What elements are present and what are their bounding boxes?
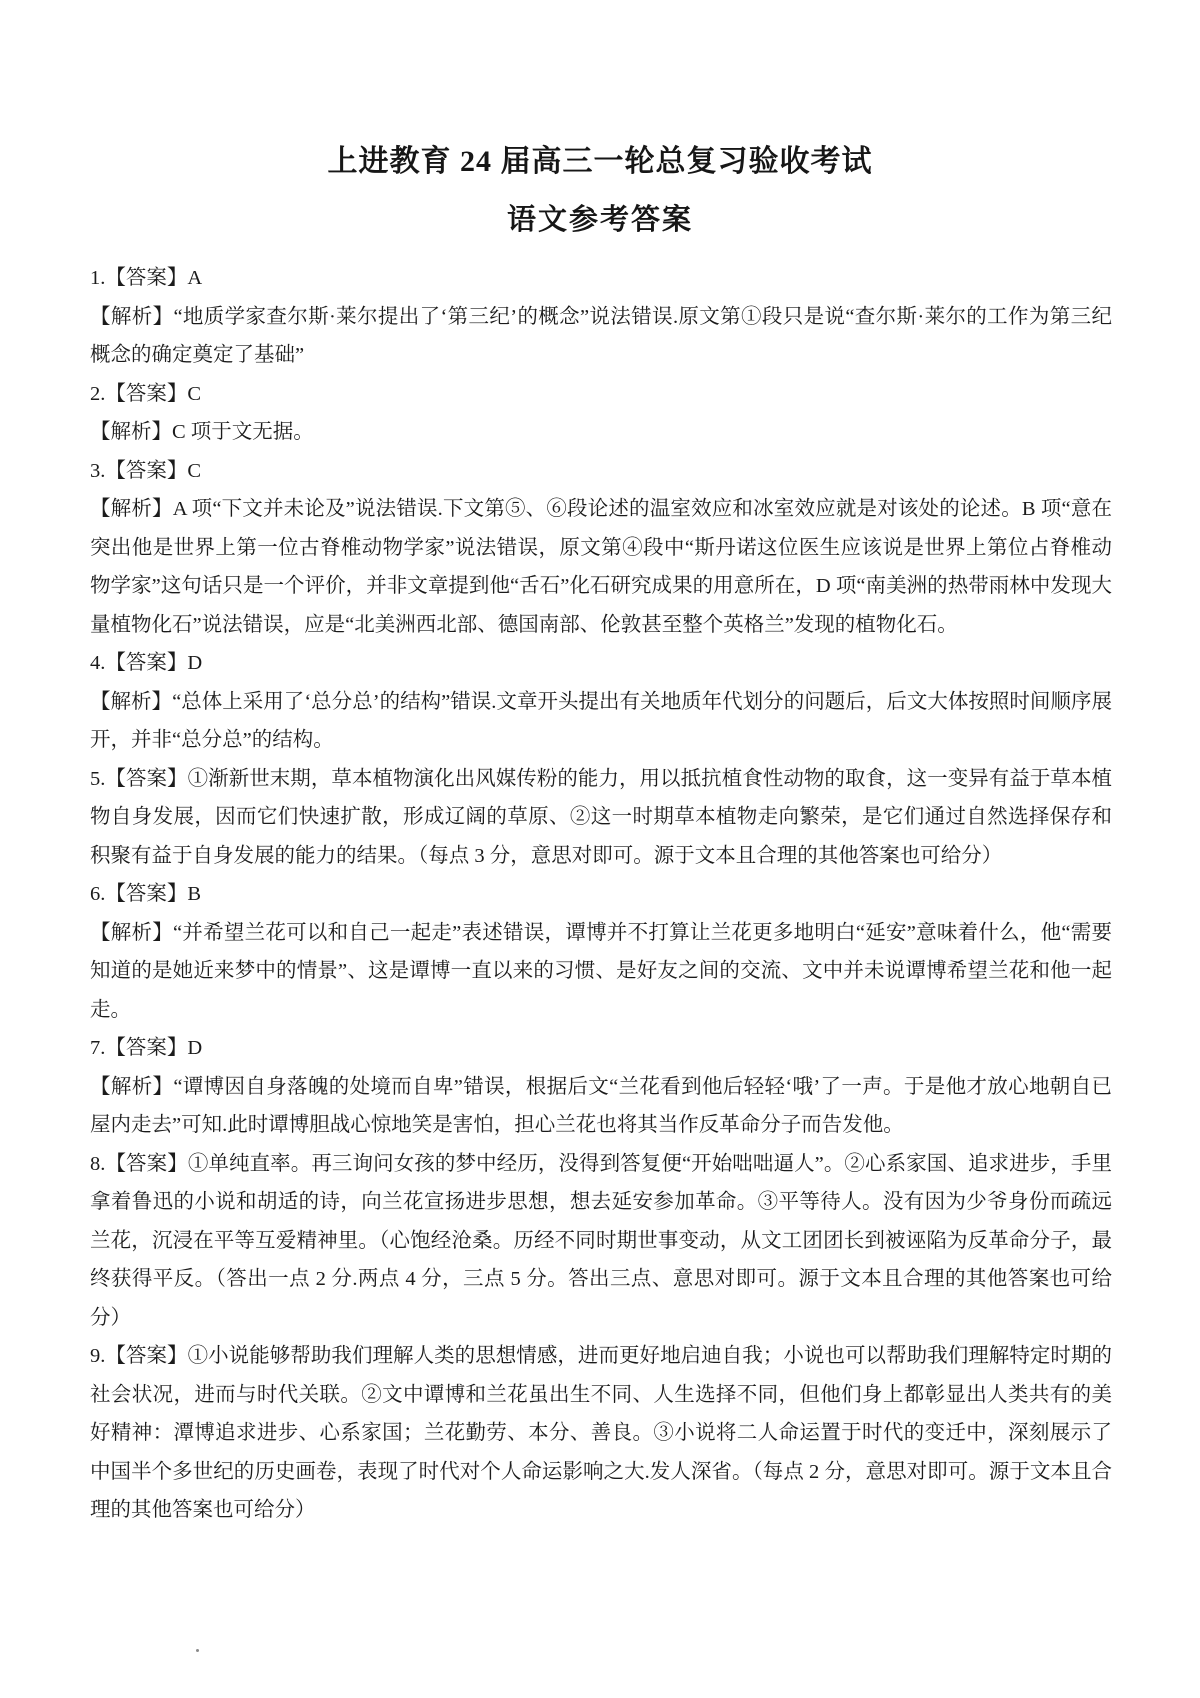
item-1-explanation: 【解析】“地质学家查尔斯·莱尔提出了‘第三纪’的概念”说法错误.原文第①段只是说… [90,298,1112,375]
document-subtitle: 语文参考答案 [0,197,1200,238]
document-title: 上进教育 24 届高三一轮总复习验收考试 [0,0,1200,180]
item-6-answer-line: 6.【答案】B [90,875,1112,914]
item-1-answer-line: 1.【答案】A [90,259,1112,298]
item-7-answer-line: 7.【答案】D [90,1029,1112,1068]
item-2-explanation: 【解析】C 项于文无据。 [90,413,1112,452]
item-6-explanation: 【解析】“并希望兰花可以和自己一起走”表述错误，谭博并不打算让兰花更多地明白“延… [90,914,1112,1030]
scan-speck [196,1649,199,1652]
item-3-answer-line: 3.【答案】C [90,452,1112,491]
document-page: 上进教育 24 届高三一轮总复习验收考试 语文参考答案 1.【答案】A 【解析】… [0,0,1200,1698]
item-4-explanation: 【解析】“总体上采用了‘总分总’的结构”错误.文章开头提出有关地质年代划分的问题… [90,683,1112,760]
answer-key-body: 1.【答案】A 【解析】“地质学家查尔斯·莱尔提出了‘第三纪’的概念”说法错误.… [90,259,1112,1530]
item-7-explanation: 【解析】“谭博因自身落魄的处境而自卑”错误，根据后文“兰花看到他后轻轻‘哦’了一… [90,1068,1112,1145]
item-4-answer-line: 4.【答案】D [90,644,1112,683]
item-3-explanation: 【解析】A 项“下文并未论及”说法错误.下文第⑤、⑥段论述的温室效应和冰室效应就… [90,490,1112,644]
item-9-answer-line: 9.【答案】①小说能够帮助我们理解人类的思想情感，进而更好地启迪自我；小说也可以… [90,1337,1112,1530]
item-2-answer-line: 2.【答案】C [90,375,1112,414]
item-5-answer-line: 5.【答案】①渐新世末期，草本植物演化出风媒传粉的能力，用以抵抗植食性动物的取食… [90,760,1112,876]
item-8-answer-line: 8.【答案】①单纯直率。再三询问女孩的梦中经历，没得到答复便“开始咄咄逼人”。②… [90,1145,1112,1338]
